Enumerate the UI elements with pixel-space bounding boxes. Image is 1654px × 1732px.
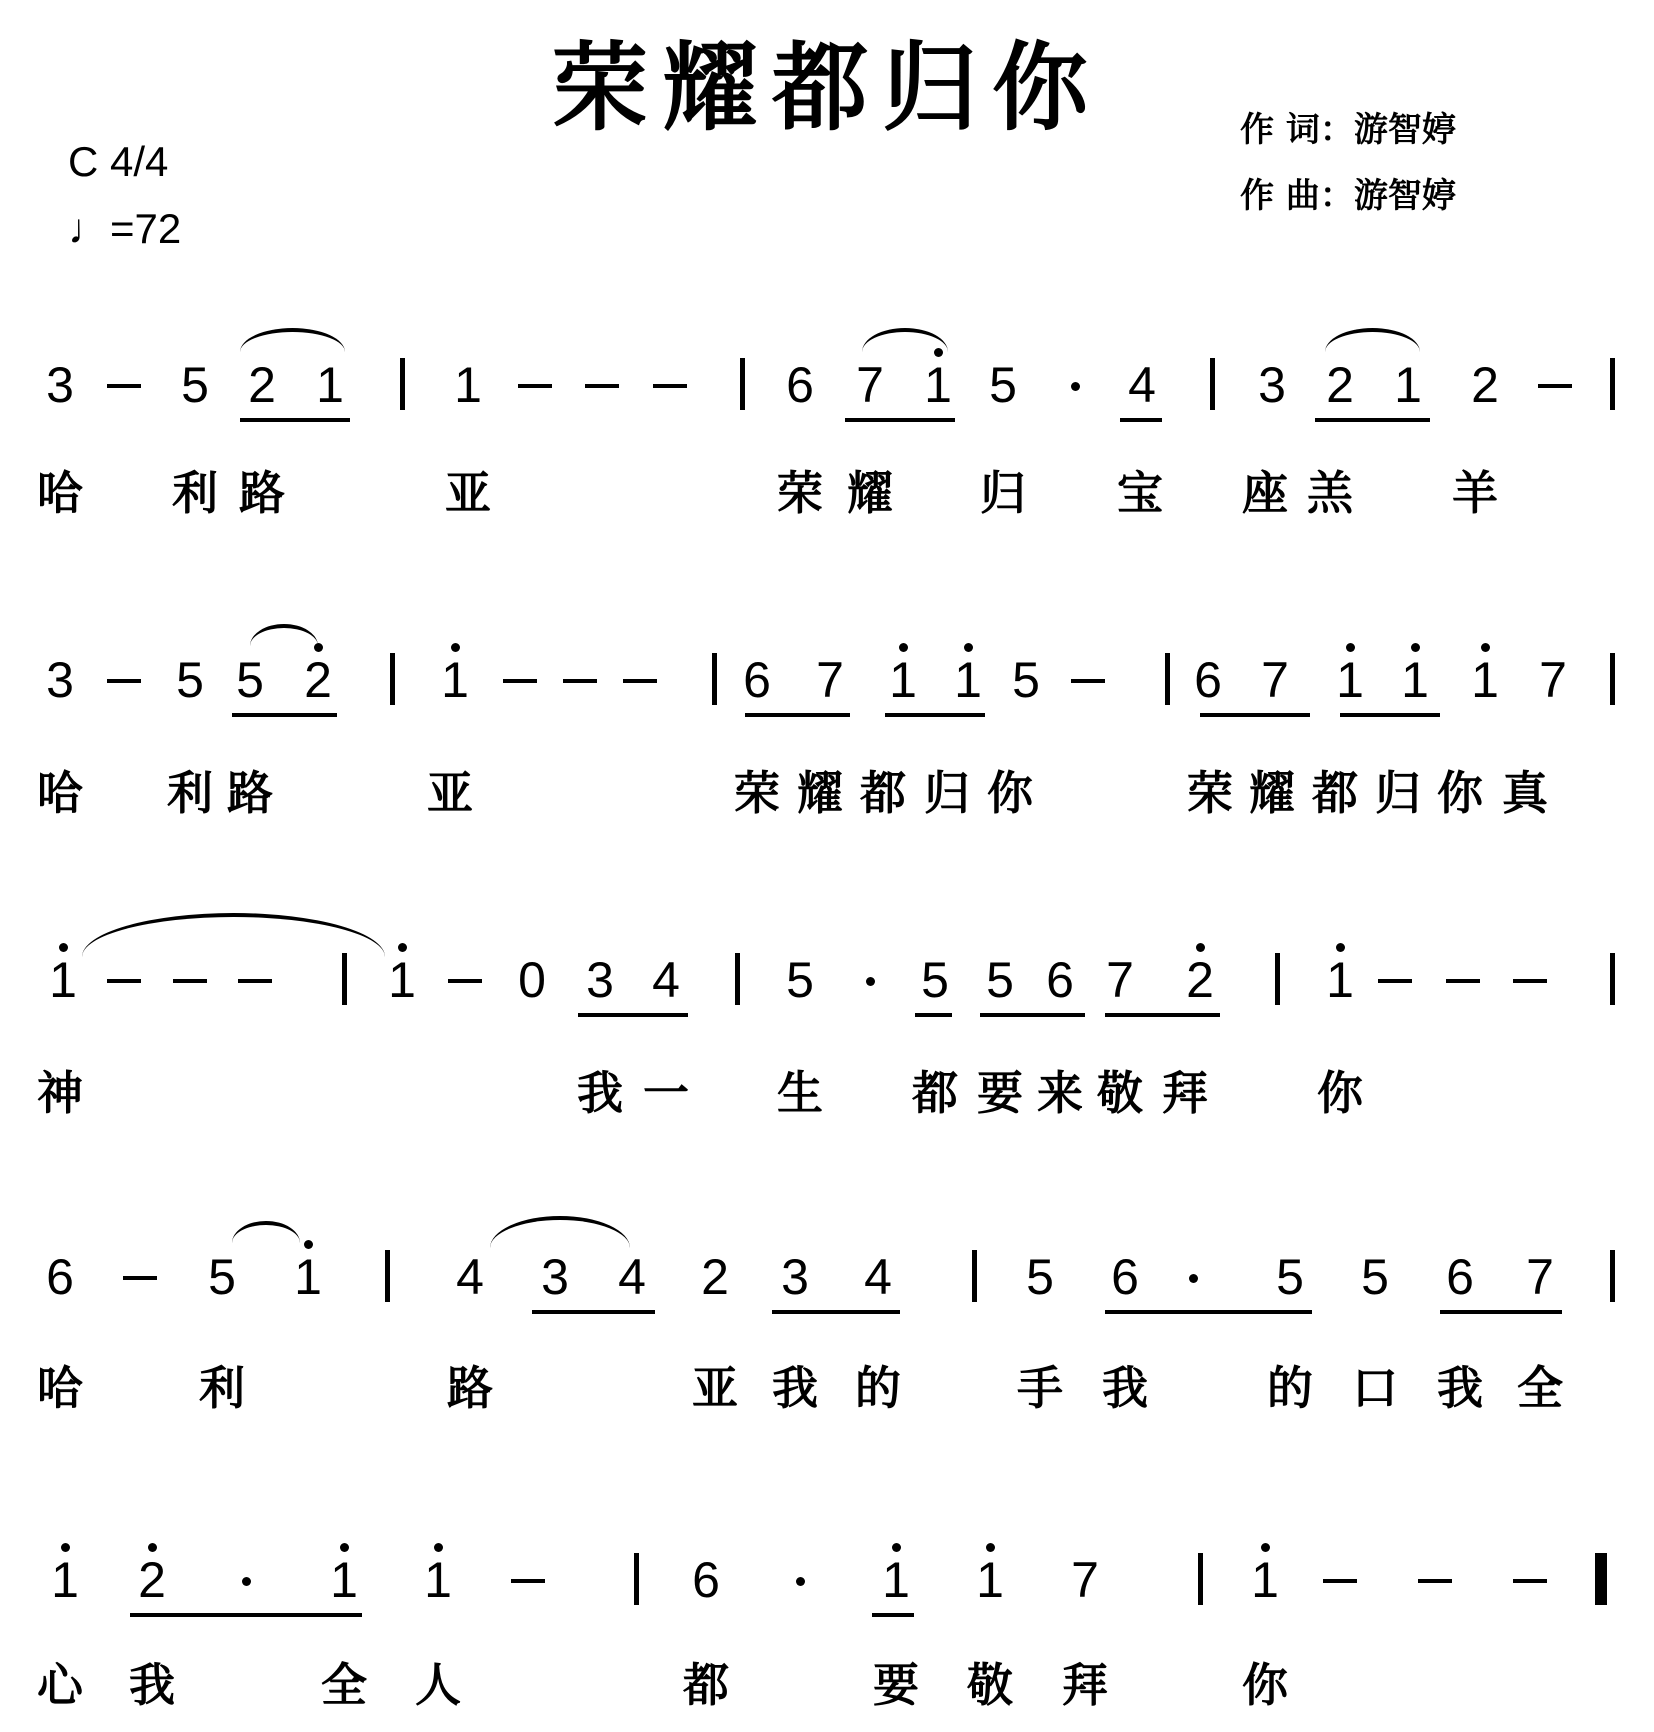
barline — [1210, 358, 1215, 410]
octave-dot — [59, 943, 68, 952]
barline — [1610, 653, 1615, 705]
lyric-char: 你 — [982, 770, 1038, 816]
lyric-char: 我 — [767, 1365, 823, 1411]
octave-dot — [986, 1543, 995, 1552]
note-digit: 3 — [1250, 360, 1294, 410]
note-digit: 1 — [946, 655, 990, 705]
note-digit: 5 — [228, 655, 272, 705]
underline-beam — [915, 1013, 952, 1017]
note-digit: 7 — [1063, 1555, 1107, 1605]
augmentation-dot — [1189, 1274, 1198, 1283]
note-digit: 7 — [1098, 955, 1142, 1005]
lyric-char: 哈 — [32, 1365, 88, 1411]
lyric-char: 人 — [410, 1662, 466, 1708]
extension-dash — [123, 1276, 157, 1280]
barline — [634, 1553, 639, 1605]
underline-beam — [578, 1013, 688, 1017]
note-digit: 1 — [1463, 655, 1507, 705]
lyric-char: 心 — [32, 1662, 88, 1708]
underline-beam — [1315, 418, 1430, 422]
underline-beam — [1200, 713, 1310, 717]
extension-dash — [448, 979, 482, 983]
underline-beam — [885, 713, 985, 717]
note-digit: 4 — [1120, 360, 1164, 410]
lyric-char: 归 — [919, 770, 975, 816]
underline-beam — [1105, 1013, 1220, 1017]
note-digit: 1 — [874, 1555, 918, 1605]
note-digit: 4 — [610, 1252, 654, 1302]
octave-dot — [61, 1543, 70, 1552]
note-digit: 6 — [1186, 655, 1230, 705]
note-digit: 1 — [41, 955, 85, 1005]
note-digit: 6 — [684, 1555, 728, 1605]
octave-dot — [1346, 643, 1355, 652]
barline — [1275, 953, 1280, 1005]
note-digit: 5 — [173, 360, 217, 410]
octave-dot — [148, 1543, 157, 1552]
extension-dash — [1071, 679, 1105, 683]
note-digit: 1 — [1328, 655, 1372, 705]
note-digit: 4 — [448, 1252, 492, 1302]
note-digit: 1 — [1243, 1555, 1287, 1605]
extension-dash — [107, 384, 141, 388]
lyric-char: 利 — [194, 1365, 250, 1411]
lyric-char: 你 — [1312, 1070, 1368, 1116]
underline-beam — [240, 418, 350, 422]
octave-dot — [1261, 1543, 1270, 1552]
slur-arc — [1325, 328, 1420, 352]
note-digit: 7 — [1253, 655, 1297, 705]
lyric-char: 你 — [1237, 1662, 1293, 1708]
lyric-char: 宝 — [1112, 470, 1168, 516]
octave-dot — [1336, 943, 1345, 952]
underline-beam — [980, 1013, 1085, 1017]
lyric-char: 来 — [1032, 1070, 1088, 1116]
lyric-char: 要 — [868, 1662, 924, 1708]
underline-beam — [772, 1310, 900, 1314]
note-digit: 7 — [1531, 655, 1575, 705]
note-digit: 1 — [322, 1555, 366, 1605]
note-digit: 1 — [968, 1555, 1012, 1605]
lyric-char: 全 — [316, 1662, 372, 1708]
extension-dash — [1323, 1579, 1357, 1583]
extension-dash — [1446, 979, 1480, 983]
augmentation-dot — [242, 1577, 251, 1586]
note-digit: 5 — [1018, 1252, 1062, 1302]
extension-dash — [1538, 384, 1572, 388]
lyric-char: 哈 — [32, 770, 88, 816]
composer-credit: 作 曲：游智婷 — [1240, 168, 1456, 217]
lyric-char: 羔 — [1302, 470, 1358, 516]
underline-beam — [232, 713, 337, 717]
barline — [1610, 358, 1615, 410]
extension-dash — [1513, 1579, 1547, 1583]
note-digit: 1 — [380, 955, 424, 1005]
lyric-char: 都 — [855, 770, 911, 816]
extension-dash — [1418, 1579, 1452, 1583]
note-digit: 1 — [416, 1555, 460, 1605]
octave-dot — [964, 643, 973, 652]
octave-dot — [1411, 643, 1420, 652]
underline-beam — [845, 418, 955, 422]
note-digit: 1 — [308, 360, 352, 410]
note-digit: 4 — [644, 955, 688, 1005]
barline — [342, 953, 347, 1005]
lyric-char: 路 — [442, 1365, 498, 1411]
lyric-char: 路 — [234, 470, 290, 516]
extension-dash — [585, 384, 619, 388]
tempo-marking: ♩=72 — [68, 205, 181, 253]
lyric-char: 耀 — [842, 470, 898, 516]
note-digit: 2 — [693, 1252, 737, 1302]
note-digit: 3 — [773, 1252, 817, 1302]
note-digit: 1 — [433, 655, 477, 705]
lyric-char: 神 — [32, 1070, 88, 1116]
note-digit: 5 — [1268, 1252, 1312, 1302]
note-digit: 3 — [38, 360, 82, 410]
lyric-char: 荣 — [772, 470, 828, 516]
lyric-char: 要 — [972, 1070, 1028, 1116]
lyric-char: 归 — [1370, 770, 1426, 816]
lyric-char: 座 — [1237, 470, 1293, 516]
note-digit: 0 — [510, 955, 554, 1005]
quarter-note-icon: ♩ — [68, 205, 110, 252]
octave-dot — [451, 643, 460, 652]
note-digit: 7 — [848, 360, 892, 410]
note-digit: 2 — [1463, 360, 1507, 410]
lyric-char: 我 — [124, 1662, 180, 1708]
extension-dash — [518, 384, 552, 388]
barline — [390, 653, 395, 705]
underline-beam — [1105, 1310, 1312, 1314]
note-digit: 5 — [168, 655, 212, 705]
note-digit: 1 — [1386, 360, 1430, 410]
octave-dot — [434, 1543, 443, 1552]
note-digit: 6 — [1438, 1252, 1482, 1302]
note-digit: 1 — [881, 655, 925, 705]
key-time-signature: C 4/4 — [68, 138, 168, 186]
lyric-char: 生 — [772, 1070, 828, 1116]
octave-dot — [304, 1240, 313, 1249]
underline-beam — [532, 1310, 655, 1314]
note-digit: 3 — [533, 1252, 577, 1302]
octave-dot — [892, 1543, 901, 1552]
note-digit: 2 — [1318, 360, 1362, 410]
extension-dash — [107, 979, 141, 983]
octave-dot — [899, 643, 908, 652]
lyric-char: 拜 — [1057, 1662, 1113, 1708]
note-digit: 5 — [1353, 1252, 1397, 1302]
note-digit: 5 — [978, 955, 1022, 1005]
note-digit: 5 — [200, 1252, 244, 1302]
note-digit: 6 — [38, 1252, 82, 1302]
octave-dot — [1196, 943, 1205, 952]
slur-arc — [862, 328, 948, 352]
lyric-char: 利 — [162, 770, 218, 816]
barline — [1610, 1250, 1615, 1302]
barline — [1610, 953, 1615, 1005]
lyric-char: 都 — [1307, 770, 1363, 816]
lyric-char: 都 — [907, 1070, 963, 1116]
note-digit: 1 — [446, 360, 490, 410]
note-digit: 5 — [1004, 655, 1048, 705]
note-digit: 5 — [913, 955, 957, 1005]
lyric-char: 我 — [1432, 1365, 1488, 1411]
extension-dash — [653, 384, 687, 388]
lyric-char: 耀 — [792, 770, 848, 816]
octave-dot — [340, 1543, 349, 1552]
extension-dash — [511, 1579, 545, 1583]
note-digit: 1 — [286, 1252, 330, 1302]
lyric-char: 全 — [1512, 1365, 1568, 1411]
lyric-char: 羊 — [1447, 470, 1503, 516]
final-barline — [1595, 1553, 1607, 1605]
barline — [385, 1250, 390, 1302]
lyric-char: 哈 — [32, 470, 88, 516]
extension-dash — [1513, 979, 1547, 983]
note-digit: 5 — [981, 360, 1025, 410]
underline-beam — [1440, 1310, 1562, 1314]
augmentation-dot — [866, 977, 875, 986]
lyric-char: 亚 — [440, 470, 496, 516]
note-digit: 6 — [778, 360, 822, 410]
note-digit: 6 — [735, 655, 779, 705]
extension-dash — [173, 979, 207, 983]
note-digit: 2 — [1178, 955, 1222, 1005]
note-digit: 7 — [1518, 1252, 1562, 1302]
lyric-char: 荣 — [729, 770, 785, 816]
barline — [735, 953, 740, 1005]
underline-beam — [1120, 418, 1162, 422]
note-digit: 3 — [578, 955, 622, 1005]
lyric-char: 耀 — [1244, 770, 1300, 816]
note-digit: 1 — [916, 360, 960, 410]
note-digit: 6 — [1103, 1252, 1147, 1302]
note-digit: 4 — [856, 1252, 900, 1302]
note-digit: 6 — [1038, 955, 1082, 1005]
note-digit: 1 — [1393, 655, 1437, 705]
slur-arc — [82, 913, 385, 957]
lyric-char: 我 — [1097, 1365, 1153, 1411]
note-digit: 5 — [778, 955, 822, 1005]
octave-dot — [398, 943, 407, 952]
augmentation-dot — [796, 1577, 805, 1586]
note-digit: 7 — [808, 655, 852, 705]
note-digit: 3 — [38, 655, 82, 705]
barline — [1198, 1553, 1203, 1605]
lyricist-credit: 作 词：游智婷 — [1240, 102, 1456, 151]
barline — [740, 358, 745, 410]
note-digit: 2 — [240, 360, 284, 410]
extension-dash — [107, 679, 141, 683]
lyric-char: 亚 — [687, 1365, 743, 1411]
extension-dash — [563, 679, 597, 683]
augmentation-dot — [1071, 382, 1080, 391]
barline — [1165, 653, 1170, 705]
note-digit: 1 — [1318, 955, 1362, 1005]
lyric-char: 亚 — [422, 770, 478, 816]
lyric-char: 都 — [678, 1662, 734, 1708]
slur-arc — [490, 1216, 630, 1248]
underline-beam — [745, 713, 850, 717]
lyric-char: 路 — [222, 770, 278, 816]
extension-dash — [1378, 979, 1412, 983]
note-digit: 2 — [296, 655, 340, 705]
lyric-char: 你 — [1432, 770, 1488, 816]
lyric-char: 敬 — [1092, 1070, 1148, 1116]
note-digit: 2 — [130, 1555, 174, 1605]
note-digit: 1 — [43, 1555, 87, 1605]
underline-beam — [872, 1613, 914, 1617]
slur-arc — [250, 624, 318, 646]
extension-dash — [238, 979, 272, 983]
underline-beam — [1340, 713, 1440, 717]
lyric-char: 荣 — [1182, 770, 1238, 816]
slur-arc — [240, 328, 345, 352]
lyric-char: 真 — [1497, 770, 1553, 816]
extension-dash — [623, 679, 657, 683]
barline — [712, 653, 717, 705]
underline-beam — [316, 1613, 362, 1617]
barline — [972, 1250, 977, 1302]
tempo-value: =72 — [110, 205, 181, 252]
lyric-char: 敬 — [962, 1662, 1018, 1708]
lyric-char: 手 — [1012, 1365, 1068, 1411]
barline — [400, 358, 405, 410]
octave-dot — [1481, 643, 1490, 652]
lyric-char: 归 — [975, 470, 1031, 516]
lyric-char: 拜 — [1157, 1070, 1213, 1116]
lyric-char: 我 — [572, 1070, 628, 1116]
lyric-char: 的 — [1262, 1365, 1318, 1411]
lyric-char: 的 — [850, 1365, 906, 1411]
lyric-char: 口 — [1347, 1365, 1403, 1411]
extension-dash — [503, 679, 537, 683]
lyric-char: 利 — [167, 470, 223, 516]
lyric-char: 一 — [638, 1070, 694, 1116]
slur-arc — [232, 1221, 300, 1243]
